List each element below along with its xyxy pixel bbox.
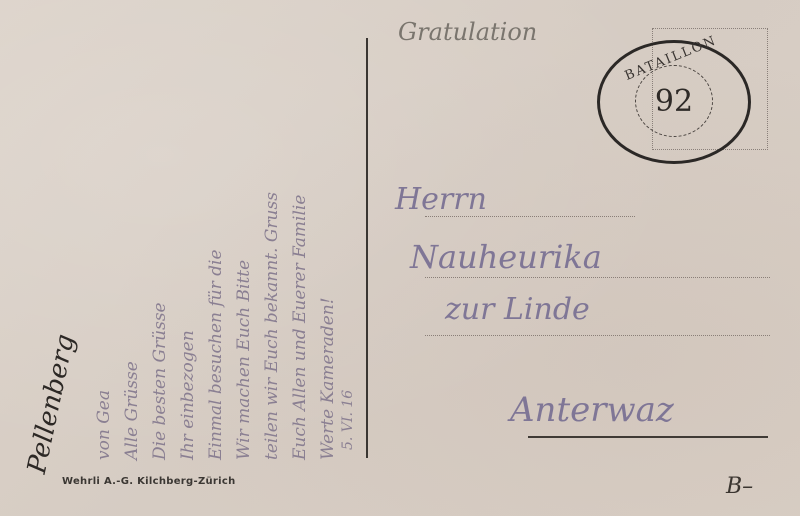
address-underline: [528, 436, 768, 438]
address-line-2: [425, 277, 770, 278]
message-line: Alle Grüsse: [122, 361, 142, 460]
address-recipient-title: Herrn: [395, 182, 487, 217]
address-street: zur Linde: [445, 292, 590, 327]
address-town: Anterwaz: [510, 390, 674, 430]
message-date: 5. VI. 16: [340, 390, 356, 450]
postcard: BATAILLON 92 Gratulation Herrn Nauheurik…: [0, 0, 800, 516]
center-divider: [366, 38, 368, 458]
message-line: von Gea: [94, 390, 114, 460]
message-line: Werte Kameraden!: [318, 297, 338, 460]
corner-mark: B–: [726, 474, 753, 499]
postmark: BATAILLON 92: [597, 40, 751, 164]
message-line: Euch Allen und Euerer Familie: [290, 195, 310, 460]
signature: Pellenberg: [22, 332, 81, 477]
postmark-number: 92: [636, 84, 712, 119]
address-recipient-name: Nauheurika: [410, 238, 602, 276]
message-line: Einmal besuchen für die: [206, 249, 226, 460]
postmark-inner-ring: 92: [635, 65, 713, 137]
message-line: Die besten Grüsse: [150, 302, 170, 460]
message-line: teilen wir Euch bekannt. Gruss: [262, 192, 282, 460]
header-note: Gratulation: [398, 18, 537, 46]
message-line: Wir machen Euch Bitte: [234, 260, 254, 460]
message-line: Ihr einbezogen: [178, 330, 198, 460]
printer-imprint: Wehrli A.-G. Kilchberg-Zürich: [62, 476, 236, 487]
address-line-3: [425, 335, 770, 336]
